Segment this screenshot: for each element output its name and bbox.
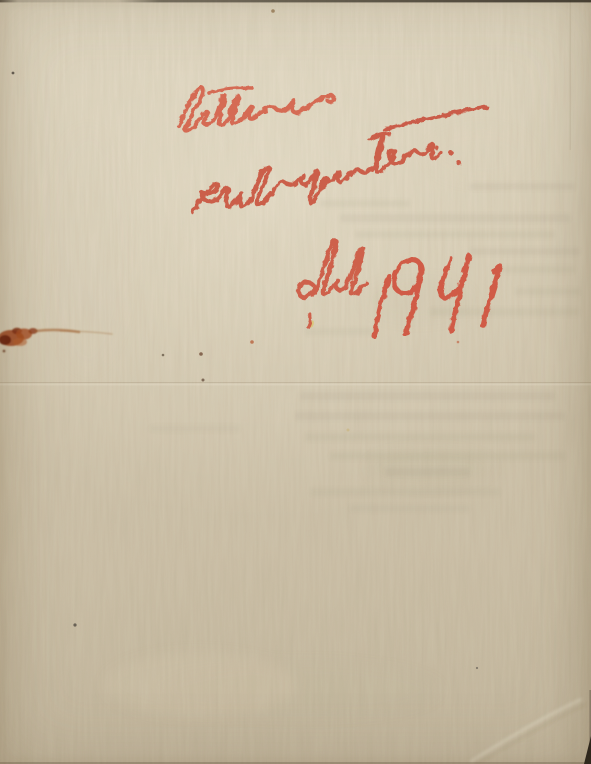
scanned-page: lettere sul repertori: del 1941 xyxy=(0,0,591,764)
scan-edge-top xyxy=(0,0,591,2)
horizontal-fold-crease xyxy=(0,382,591,385)
vertical-fold-crease-top-right xyxy=(570,0,571,150)
paper-artwork xyxy=(0,0,591,764)
